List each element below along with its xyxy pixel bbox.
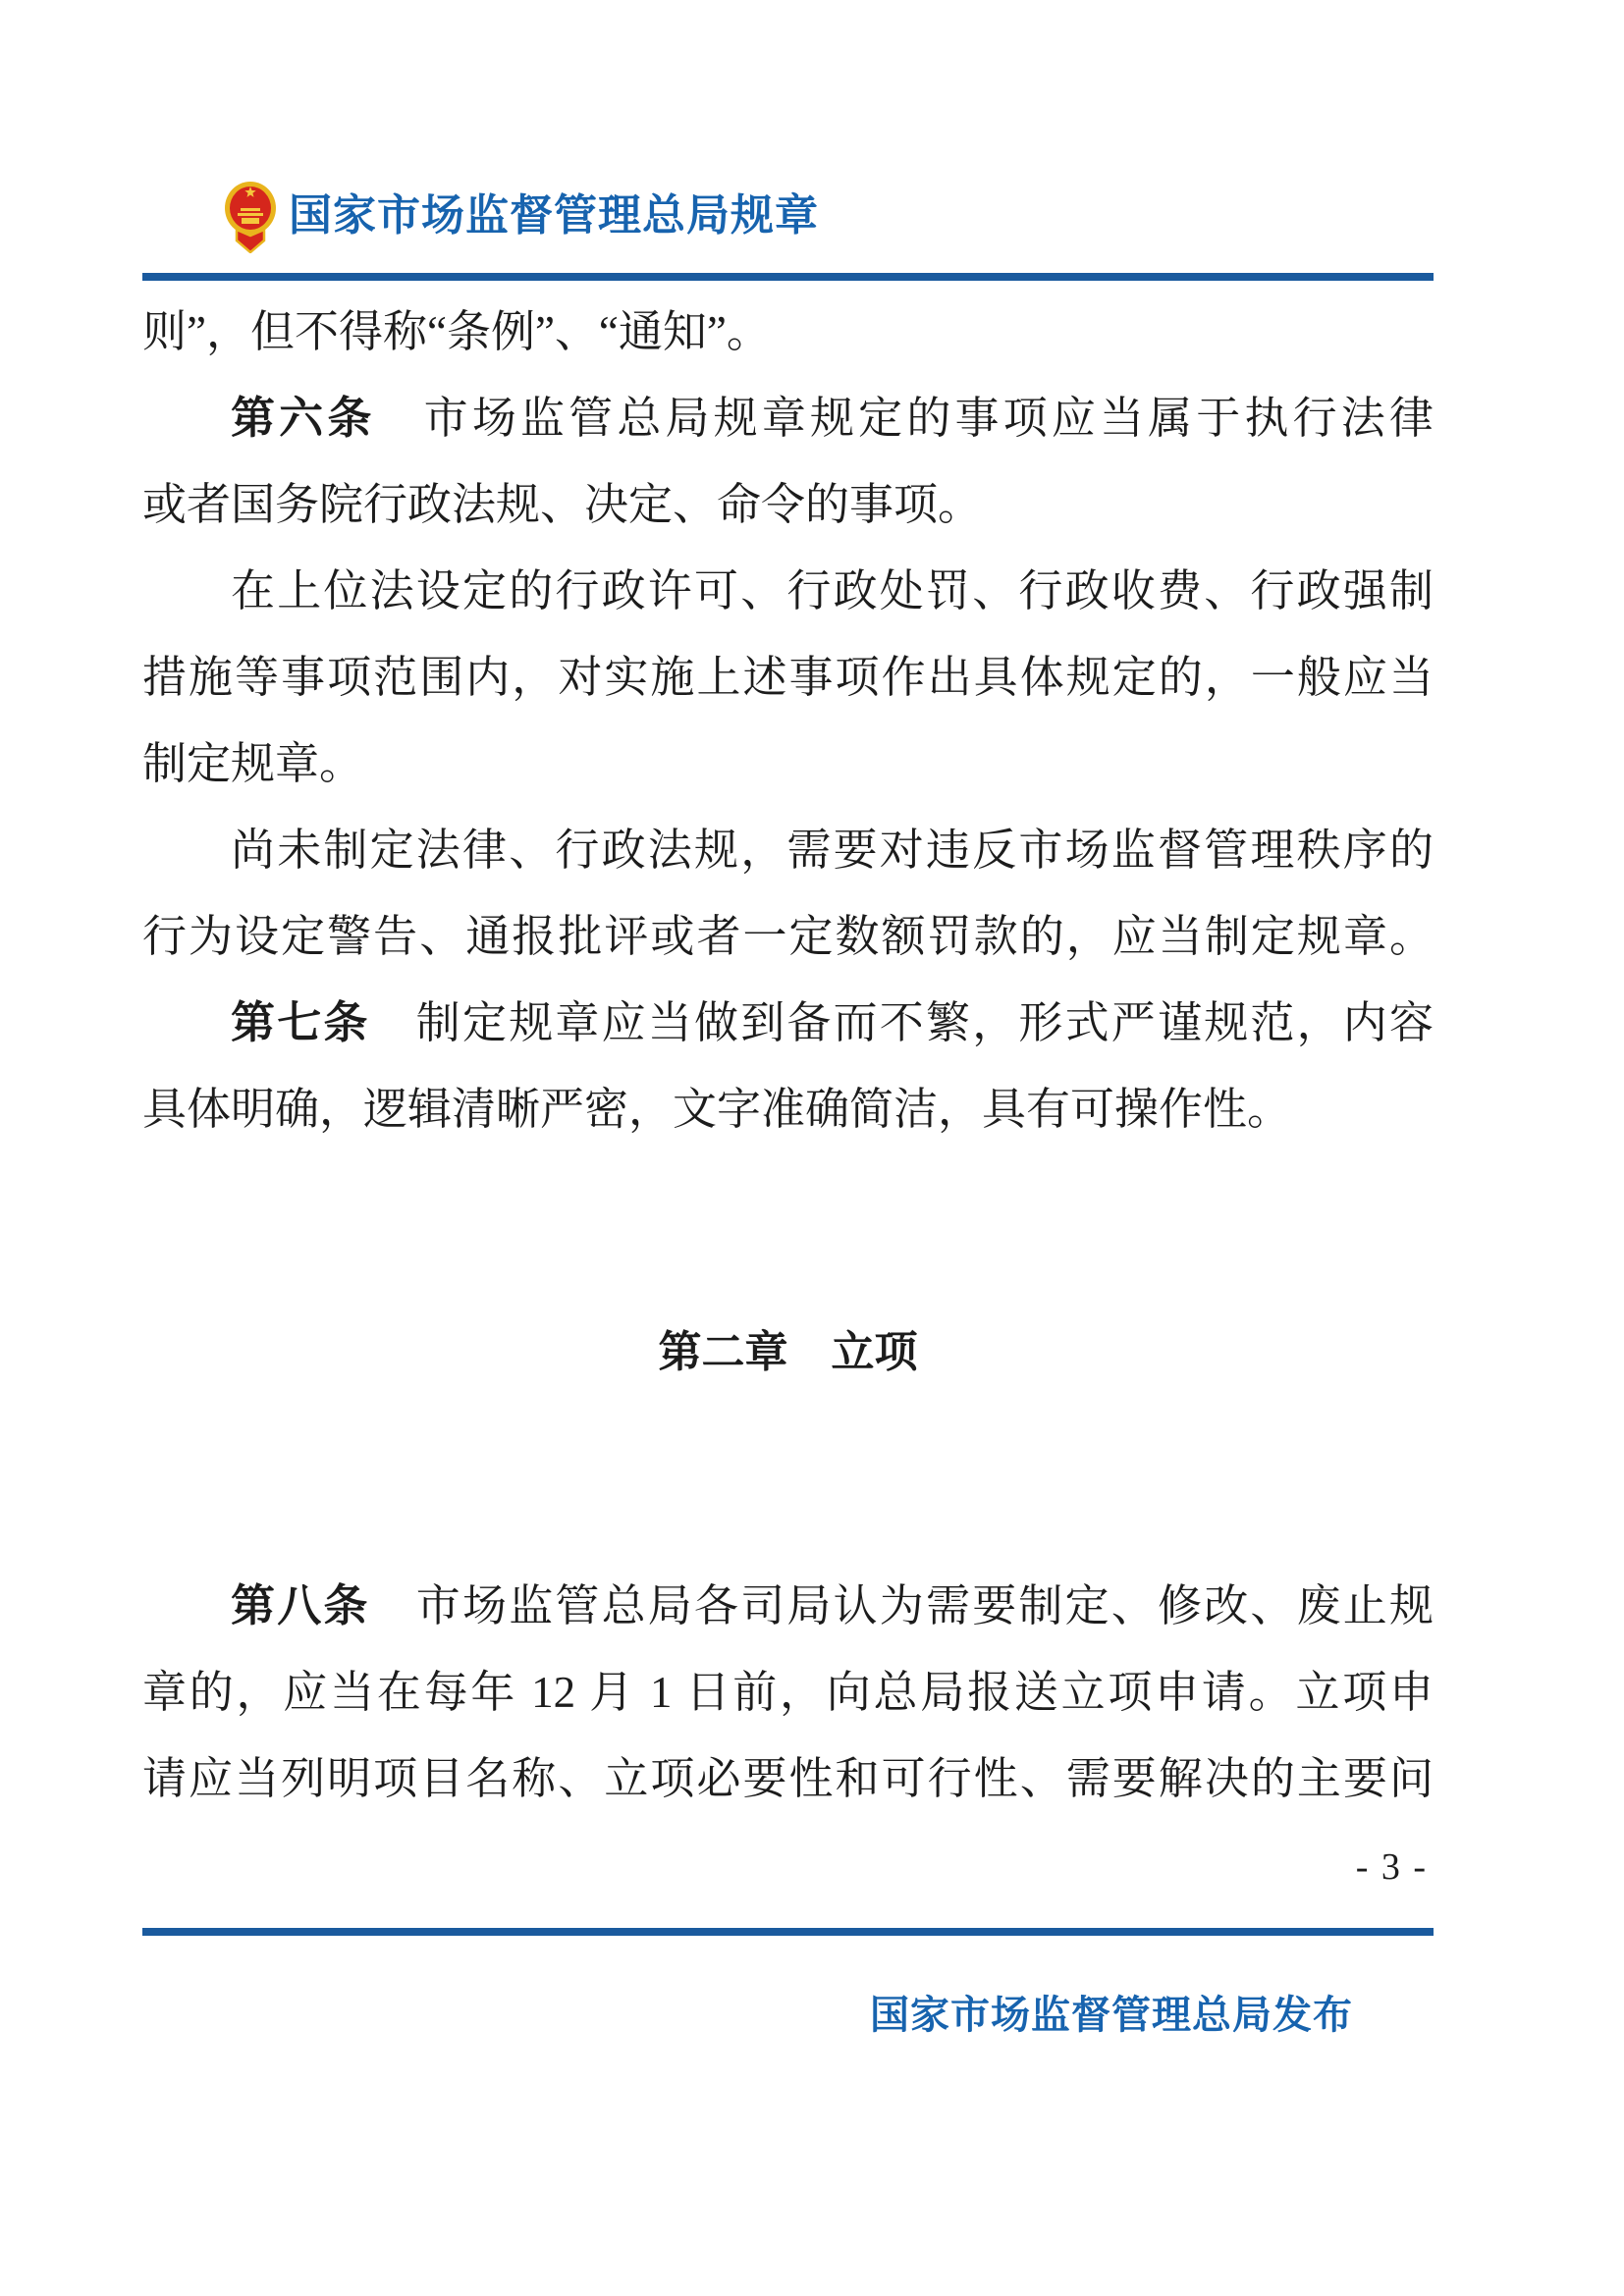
text-line: 第七条 制定规章应当做到备而不繁，形式严谨规范，内容 bbox=[142, 980, 1434, 1066]
chapter-heading: 第二章 立项 bbox=[142, 1309, 1434, 1396]
national-emblem-icon bbox=[224, 181, 277, 253]
publisher-label: 国家市场监督管理总局发布 bbox=[870, 1991, 1353, 2040]
text-segment: 具体明确，逻辑清晰严密，文字准确简洁，具有可操作性。 bbox=[142, 1085, 1291, 1134]
text-line: 具体明确，逻辑清晰严密，文字准确简洁，具有可操作性。 bbox=[142, 1066, 1434, 1152]
text-line: 请应当列明项目名称、立项必要性和可行性、需要解决的主要问 bbox=[142, 1735, 1434, 1822]
page-number: - 3 - bbox=[1356, 1845, 1428, 1889]
text-line: 章的，应当在每年 12 月 1 日前，向总局报送立项申请。立项申 bbox=[142, 1649, 1434, 1735]
body-text-section-2: 第八条 市场监管总局各司局认为需要制定、修改、废止规章的，应当在每年 12 月 … bbox=[142, 1563, 1434, 1822]
article-number-label: 第七条 bbox=[231, 997, 370, 1047]
text-segment: 则”，但不得称“条例”、“通知”。 bbox=[142, 307, 771, 356]
text-segment: 制定规章。 bbox=[142, 739, 363, 788]
page-header-title: 国家市场监督管理总局规章 bbox=[289, 188, 819, 243]
body-text-section-1: 则”，但不得称“条例”、“通知”。第六条 市场监管总局规章规定的事项应当属于执行… bbox=[142, 289, 1434, 1152]
text-line: 行为设定警告、通报批评或者一定数额罚款的，应当制定规章。 bbox=[142, 893, 1434, 980]
text-line: 措施等事项范围内，对实施上述事项作出具体规定的，一般应当 bbox=[142, 634, 1434, 721]
text-line: 尚未制定法律、行政法规，需要对违反市场监督管理秩序的 bbox=[142, 807, 1434, 893]
text-line: 在上位法设定的行政许可、行政处罚、行政收费、行政强制 bbox=[142, 548, 1434, 634]
text-line: 或者国务院行政法规、决定、命令的事项。 bbox=[142, 461, 1434, 548]
article-number-label: 第六条 bbox=[231, 393, 376, 443]
text-segment: 市场监管总局各司局认为需要制定、修改、废止规 bbox=[370, 1581, 1434, 1630]
text-segment: 市场监管总局规章规定的事项应当属于执行法律 bbox=[376, 394, 1434, 443]
text-segment: 请应当列明项目名称、立项必要性和可行性、需要解决的主要问 bbox=[142, 1754, 1434, 1803]
text-segment: 行为设定警告、通报批评或者一定数额罚款的，应当制定规章。 bbox=[142, 912, 1434, 961]
text-line: 第八条 市场监管总局各司局认为需要制定、修改、废止规 bbox=[142, 1563, 1434, 1649]
header-divider-line bbox=[142, 273, 1434, 281]
text-segment: 章的，应当在每年 12 月 1 日前，向总局报送立项申请。立项申 bbox=[142, 1668, 1434, 1717]
text-line: 则”，但不得称“条例”、“通知”。 bbox=[142, 289, 1434, 375]
text-segment: 制定规章应当做到备而不繁，形式严谨规范，内容 bbox=[370, 998, 1434, 1047]
text-line: 第六条 市场监管总局规章规定的事项应当属于执行法律 bbox=[142, 375, 1434, 461]
text-line: 制定规章。 bbox=[142, 721, 1434, 807]
text-segment: 在上位法设定的行政许可、行政处罚、行政收费、行政强制 bbox=[231, 566, 1434, 615]
text-segment: 或者国务院行政法规、决定、命令的事项。 bbox=[142, 480, 982, 529]
footer-divider-line bbox=[142, 1928, 1434, 1936]
article-number-label: 第八条 bbox=[231, 1580, 370, 1630]
text-segment: 尚未制定法律、行政法规，需要对违反市场监督管理秩序的 bbox=[231, 826, 1434, 875]
text-segment: 措施等事项范围内，对实施上述事项作出具体规定的，一般应当 bbox=[142, 653, 1434, 702]
document-page: 国家市场监督管理总局规章 则”，但不得称“条例”、“通知”。第六条 市场监管总局… bbox=[0, 0, 1624, 2296]
